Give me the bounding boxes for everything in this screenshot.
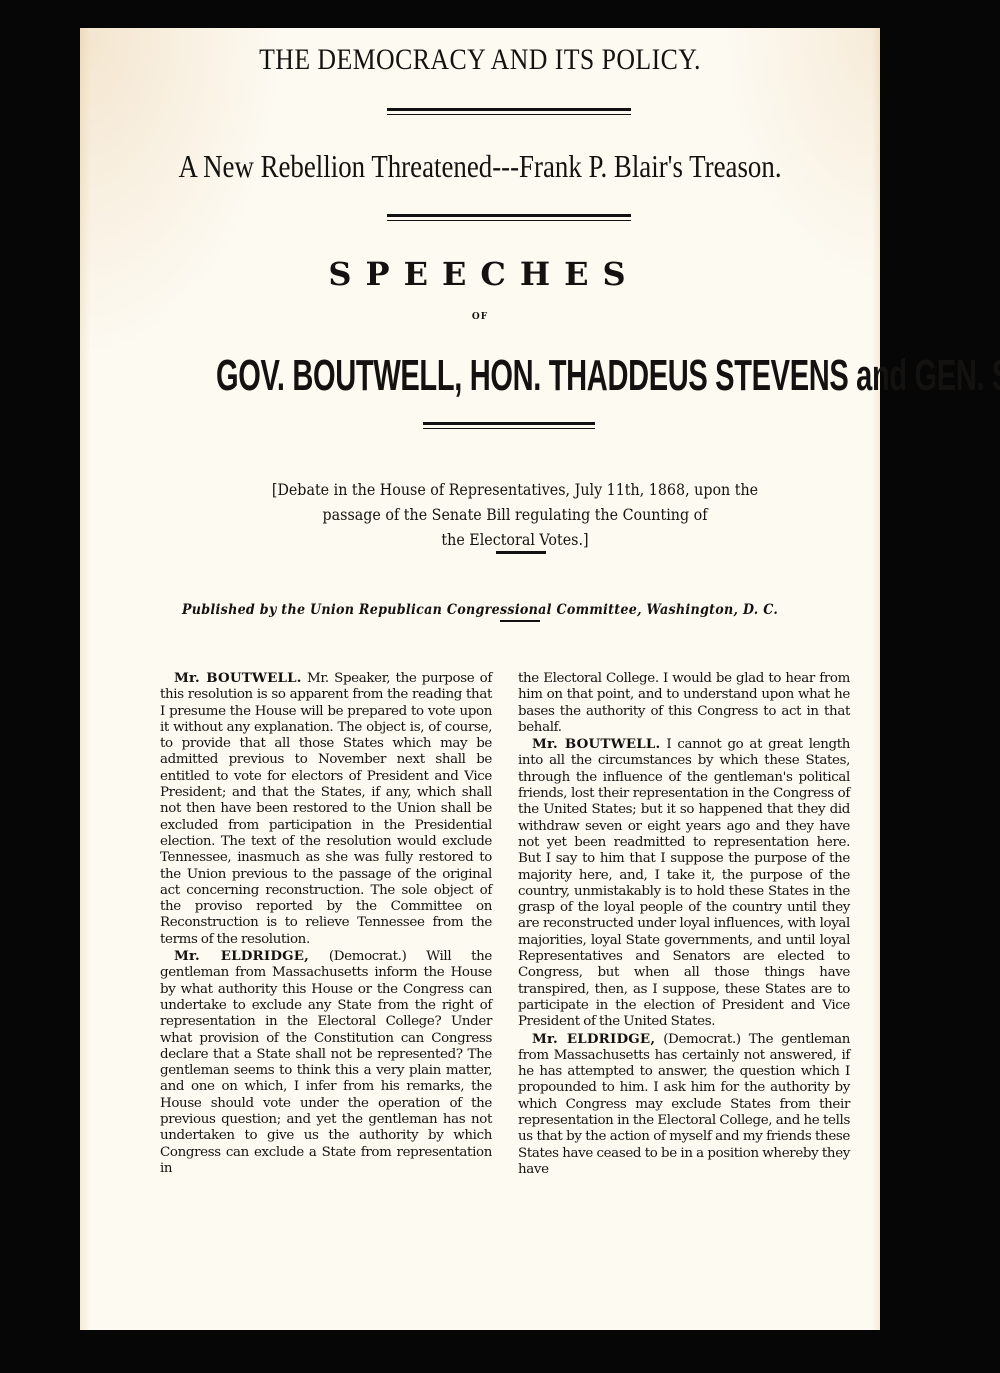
document-page: THE DEMOCRACY AND ITS POLICY. A New Rebe… xyxy=(80,28,880,1330)
speaker-name: Mr. BOUTWELL. xyxy=(174,670,302,686)
speaker-name: Mr. ELDRIDGE, xyxy=(532,1031,655,1047)
double-rule-divider xyxy=(387,108,631,115)
short-rule-divider xyxy=(500,620,540,622)
double-rule-divider xyxy=(387,214,631,221)
speech-text: (Democrat.) The gentleman from Massachus… xyxy=(518,1032,850,1177)
speaker-name: Mr. BOUTWELL. xyxy=(532,736,660,752)
speech-paragraph: Mr. ELDRIDGE, (Democrat.) The gentleman … xyxy=(518,1031,850,1179)
speakers-title: GOV. BOUTWELL, HON. THADDEUS STEVENS and… xyxy=(216,346,744,406)
speech-text: I cannot go at great length into all the… xyxy=(518,737,850,1029)
debate-note-line: the Electoral Votes.] xyxy=(234,528,795,553)
speech-text: the Electoral College. I would be glad t… xyxy=(518,671,850,735)
speaker-name: Mr. ELDRIDGE, xyxy=(174,948,309,964)
right-text-column: the Electoral College. I would be glad t… xyxy=(518,670,850,1178)
speech-text: Mr. Speaker, the purpose of this resolut… xyxy=(160,671,492,947)
running-head: THE DEMOCRACY AND ITS POLICY. xyxy=(136,42,824,78)
of-connector: OF xyxy=(80,312,880,322)
speech-paragraph: Mr. BOUTWELL. Mr. Speaker, the purpose o… xyxy=(160,670,492,948)
speech-paragraph: Mr. BOUTWELL. I cannot go at great lengt… xyxy=(518,736,850,1030)
debate-note-line: [Debate in the House of Representatives,… xyxy=(234,478,795,503)
left-text-column: Mr. BOUTWELL. Mr. Speaker, the purpose o… xyxy=(160,670,492,1177)
speech-paragraph: the Electoral College. I would be glad t… xyxy=(518,670,850,736)
short-rule-divider xyxy=(496,551,546,554)
debate-note: [Debate in the House of Representatives,… xyxy=(234,478,795,553)
speech-paragraph: Mr. ELDRIDGE, (Democrat.) Will the gentl… xyxy=(160,948,492,1177)
debate-note-line: passage of the Senate Bill regulating th… xyxy=(234,503,795,528)
double-rule-divider xyxy=(423,422,595,429)
subtitle-headline: A New Rebellion Threatened---Frank P. Bl… xyxy=(144,146,816,186)
publisher-line: Published by the Union Republican Congre… xyxy=(104,602,856,618)
speeches-heading: SPEECHES xyxy=(80,254,880,294)
speech-text: (Democrat.) Will the gentleman from Mass… xyxy=(160,949,492,1176)
